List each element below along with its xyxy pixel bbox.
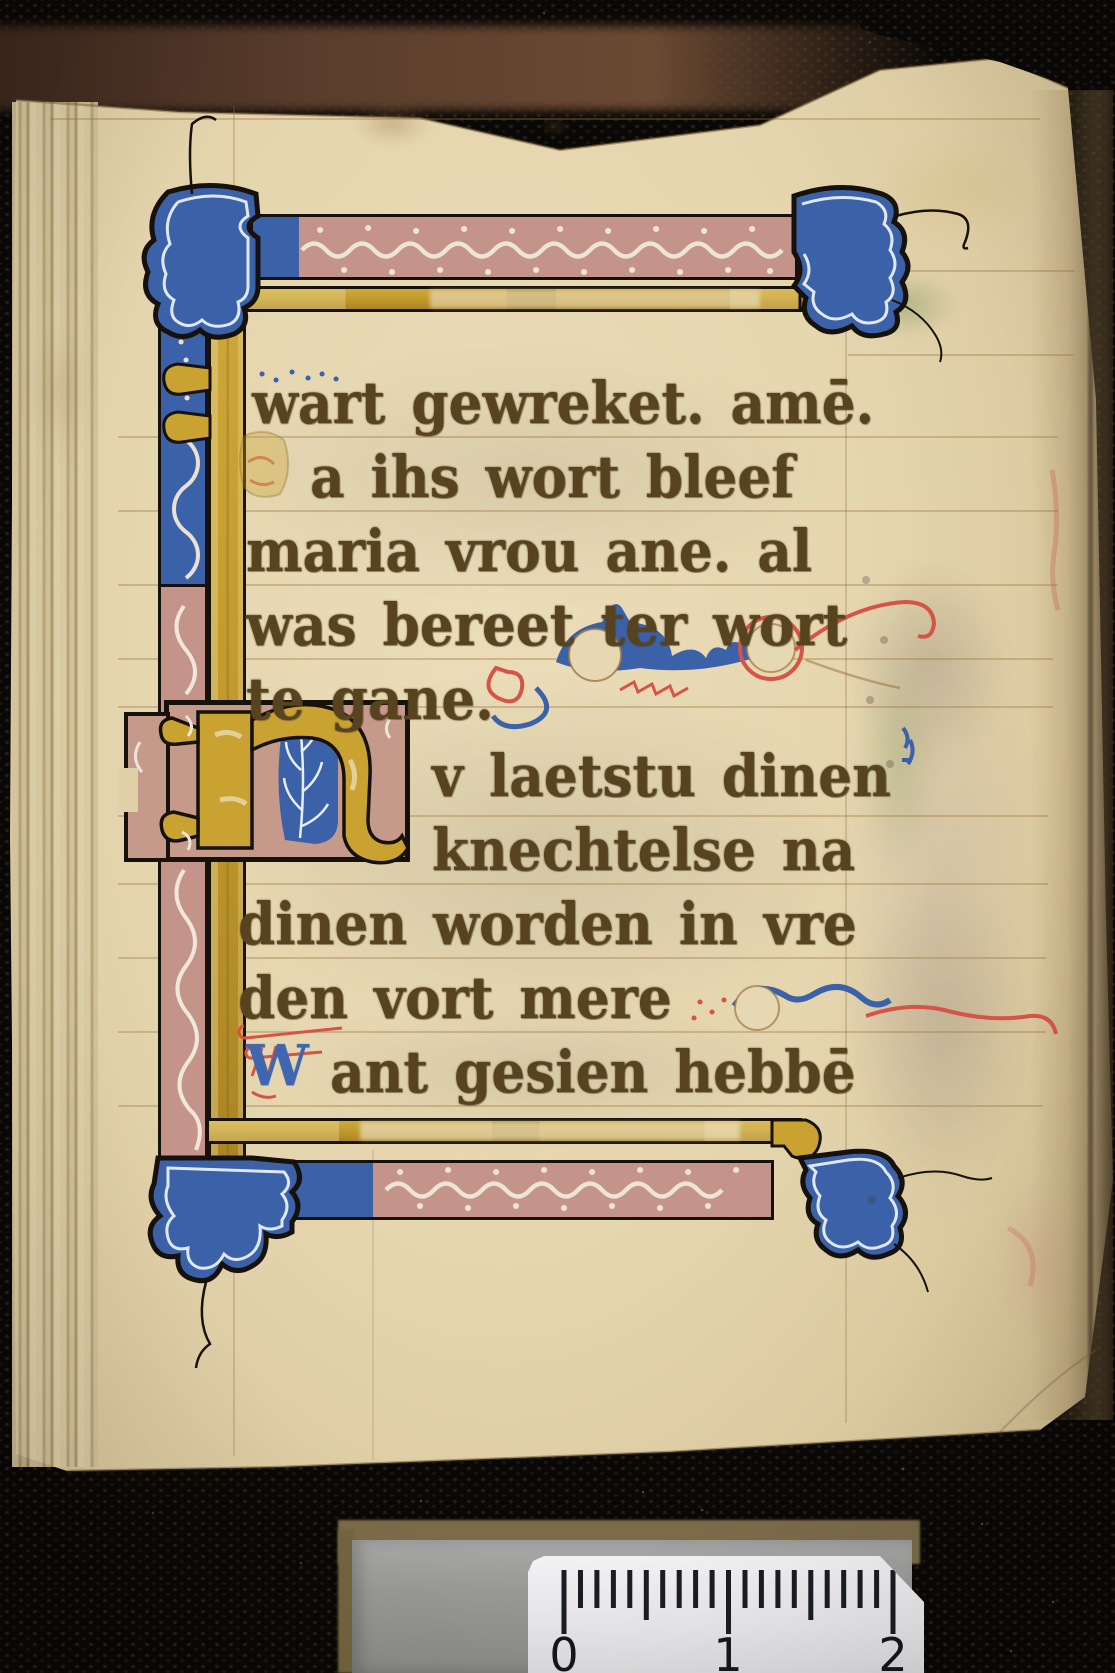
gutter-thread-line <box>1088 110 1093 1410</box>
manuscript-text-line: den vort mere <box>238 969 672 1027</box>
manuscript-text-line: wart gewreket. amē. <box>252 374 874 432</box>
ruling-line <box>850 270 1075 272</box>
ruler-number: 1 <box>713 1632 742 1673</box>
border-bottom-band-blue-segment <box>253 1163 373 1217</box>
manuscript-text-line: a ihs wort bleef <box>310 448 794 506</box>
manuscript-text-line: te gane. <box>246 670 494 728</box>
border-left-pink-band <box>158 584 208 1162</box>
ruling-line <box>848 354 1073 356</box>
small-initial-w: W <box>246 1038 309 1094</box>
manuscript-text-line: dinen worden in vre <box>238 895 857 953</box>
manuscript-text-line: was bereet ter wort <box>246 596 847 654</box>
leather-binding-edge <box>0 26 940 110</box>
dust-specks <box>0 0 2 2</box>
border-top-band <box>250 214 798 280</box>
manuscript-text-line: ant gesien hebbē <box>330 1043 856 1101</box>
manuscript-photo: N <box>0 0 1115 1673</box>
manuscript-text-line: knechtelse na <box>432 821 855 879</box>
manuscript-text-line: v laetstu dinen <box>432 747 891 805</box>
initial-tab-notch <box>118 768 138 812</box>
ruler-number: 2 <box>878 1632 907 1673</box>
page-gutter-fold <box>1030 90 1113 1420</box>
gold-flaking <box>360 1122 740 1140</box>
ruling-line <box>50 118 1040 120</box>
gold-flaking <box>430 290 760 308</box>
manuscript-text-line: maria vrou ane. al <box>246 522 812 580</box>
ruler-number: 0 <box>549 1632 578 1673</box>
ruler: 0 1 2 <box>528 1556 924 1673</box>
border-top-band-blue-segment <box>253 217 299 277</box>
page-stack-edges <box>12 102 98 1467</box>
border-left-blue-band <box>158 212 208 588</box>
